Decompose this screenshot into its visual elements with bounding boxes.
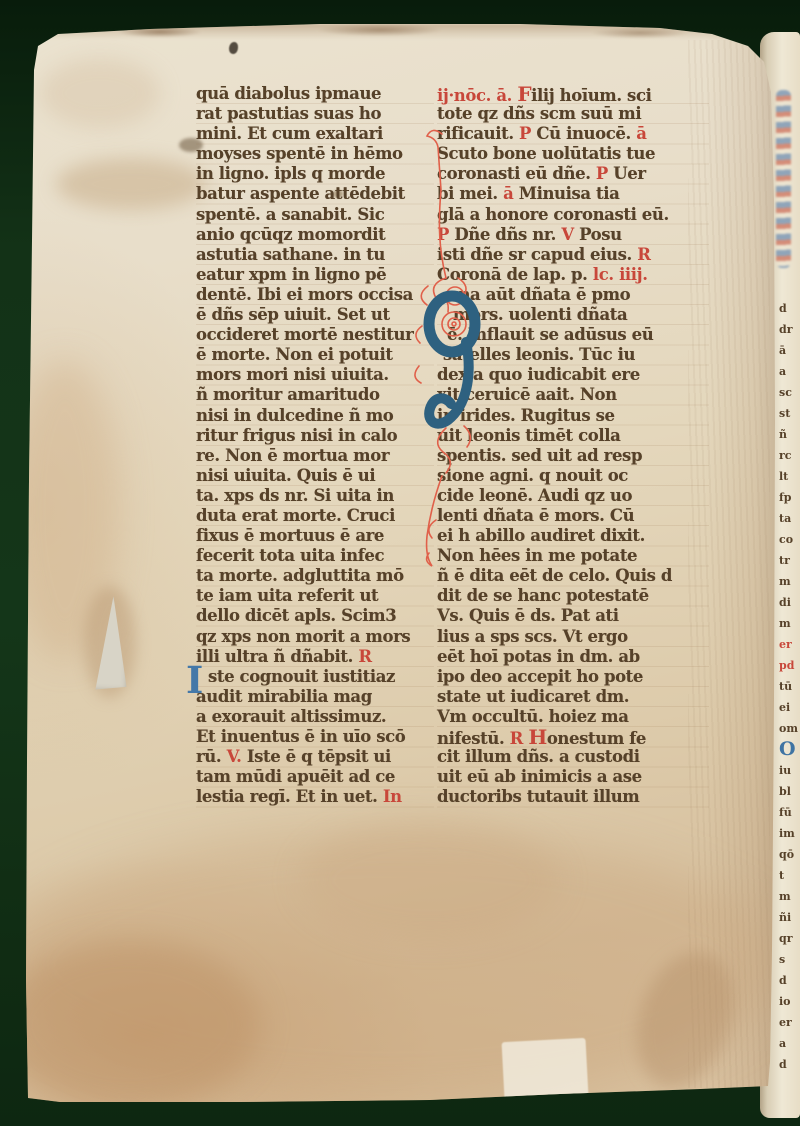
folio-text-fragment: er (779, 634, 799, 655)
illumination-fragment (776, 90, 791, 268)
decorated-initial-P: P (406, 128, 476, 568)
folio-text-fragment: qr (779, 928, 799, 949)
folio-text-fragment: er (779, 1012, 799, 1033)
manuscript-line: a exorauit altissimuz. (196, 707, 434, 727)
manuscript-line: Coronā de lap. p. lc. iiij. (437, 265, 709, 285)
manuscript-line: in ligno. ipls q morde (196, 164, 434, 184)
folio-text-fragment: lt (779, 466, 799, 487)
manuscript-line: xit ceruicē aait. Non (437, 385, 709, 405)
manuscript-line: P Dñe dñs nr. V Posu (437, 225, 709, 245)
manuscript-line: mini. Et cum exaltari (196, 124, 434, 144)
manuscript-line: bi mei. ā Minuisa tia (437, 184, 709, 204)
folio-text-fragment: d (779, 298, 799, 319)
manuscript-line: Et inuentus ē in uīo scō (196, 727, 434, 747)
folio-text-fragment: d (779, 970, 799, 991)
manuscript-line: ipo deo accepit ho pote (437, 667, 709, 687)
folio-text-fragment: m (779, 571, 799, 592)
manuscript-line: tam mūdi apuēit ad ce (196, 767, 434, 787)
folio-text-fragment: ñi (779, 907, 799, 928)
manuscript-line: rū. V. Iste ē q tēpsit ui (196, 747, 434, 767)
folio-text-fragment: iu (779, 760, 799, 781)
manuscript-line: anio qcūqz momordit (196, 225, 434, 245)
folio-text-fragment: ei (779, 697, 799, 718)
top-edge-soiling (40, 24, 752, 42)
manuscript-line: moyses spentē in hēmo (196, 144, 434, 164)
manuscript-line: tote qz dñs scm suū mi (437, 104, 709, 124)
manuscript-line: dentē. Ibi ei mors occisa (196, 285, 434, 305)
folio-text-fragment: io (779, 991, 799, 1012)
manuscript-line: ta morte. adgluttita mō (196, 566, 434, 586)
manuscript-line: duta erat morte. Cruci (196, 506, 434, 526)
manuscript-line: ei h abillo audiret dixit. (437, 526, 709, 546)
folio-text-fragment: om (779, 718, 799, 739)
stain (56, 158, 206, 210)
manuscript-line: spentis. sed uit ad resp (437, 446, 709, 466)
folio-text-fragment: pd (779, 655, 799, 676)
tape-patch (502, 1038, 589, 1100)
manuscript-line: fecerit tota uita infec (196, 546, 434, 566)
folio-text-fragment: tr (779, 550, 799, 571)
manuscript-line: dex a quo iudicabit ere (437, 365, 709, 385)
folio-text-fragment: dr (779, 319, 799, 340)
photograph-of-manuscript: ddrāascstñrcltfptacotrmdimerpdtūeiomOiub… (0, 0, 800, 1126)
folio-text-fragment: co (779, 529, 799, 550)
manuscript-line: qz xps non morit a mors (196, 627, 434, 647)
stain (40, 58, 160, 128)
folio-text-fragment: ñ (779, 424, 799, 445)
folio-text-fragment: fū (779, 802, 799, 823)
manuscript-line: ritur frigus nisi in calo (196, 426, 434, 446)
text-column-right: ij·nōc. ā. Filij hoīum. scitote qz dñs s… (437, 84, 709, 810)
manuscript-line: fixus ē mortuus ē are (196, 526, 434, 546)
manuscript-line: ē dñs sēp uiuit. Set ut (196, 305, 434, 325)
folio-text-fragment: bl (779, 781, 799, 802)
folio-text-fragment: sc (779, 382, 799, 403)
manuscript-line: dello dicēt apls. Scim3 (196, 606, 434, 626)
manuscript-line: illi ultra ñ dñabit. R (196, 647, 434, 667)
manuscript-line: mors mori nisi uiuita. (196, 365, 434, 385)
manuscript-line: nisi in dulcedine ñ mo (196, 406, 434, 426)
manuscript-line: nisi uiuita. Quis ē ui (196, 466, 434, 486)
manuscript-line: ste cognouit iustitiaz (196, 667, 434, 687)
folio-text-fragment: a (779, 361, 799, 382)
manuscript-line: spentē. a sanabit. Sic (196, 205, 434, 225)
manuscript-line: glā a honore coronasti eū. (437, 205, 709, 225)
manuscript-line: isti dñe sr capud eius. R (437, 245, 709, 265)
manuscript-line: lius a sps scs. Vt ergo (437, 627, 709, 647)
text-column-left: quā diabolus ipmauerat pastutias suas ho… (196, 84, 434, 810)
manuscript-line: state ut iudicaret dm. (437, 687, 709, 707)
manuscript-line: occideret mortē nestitur (196, 325, 434, 345)
manuscript-line: cit illum dñs. a custodi (437, 747, 709, 767)
manuscript-line: astutia sathane. in tu (196, 245, 434, 265)
manuscript-line: uit eū ab inimicis a ase (437, 767, 709, 787)
folio-text-fragment: st (779, 403, 799, 424)
manuscript-line: coronasti eū dñe. P Uer (437, 164, 709, 184)
folio-text-fragment: m (779, 886, 799, 907)
manuscript-line: rat pastutias suas ho (196, 104, 434, 124)
manuscript-line: Vs. Quis ē ds. Pat ati (437, 606, 709, 626)
manuscript-line: eatur xpm in ligno pē (196, 265, 434, 285)
stain (0, 940, 260, 1110)
next-folio-text-fragments: ddrāascstñrcltfptacotrmdimerpdtūeiomOiub… (779, 298, 799, 1075)
folio-text-fragment: qō (779, 844, 799, 865)
folio-text-fragment: O (779, 739, 799, 760)
manuscript-line: uit leonis timēt colla (437, 426, 709, 446)
folio-text-fragment: d (779, 1054, 799, 1075)
manuscript-line: cide leonē. Audi qz uo (437, 486, 709, 506)
manuscript-line: re. Non ē mortua mor (196, 446, 434, 466)
manuscript-line: in irides. Rugitus se (437, 406, 709, 426)
manuscript-line: ductoribs tutauit illum (437, 787, 709, 807)
manuscript-line: te iam uita referit ut (196, 586, 434, 606)
folio-text-fragment: fp (779, 487, 799, 508)
folio-text-fragment: ta (779, 508, 799, 529)
manuscript-page: quā diabolus ipmauerat pastutias suas ho… (0, 0, 800, 1126)
manuscript-line: ē morte. Non ei potuit (196, 345, 434, 365)
manuscript-line: ij·nōc. ā. Filij hoīum. sci (437, 84, 709, 104)
manuscript-line: eēt hoī potas in dm. ab (437, 647, 709, 667)
manuscript-line: Scuto bone uolūtatis tue (437, 144, 709, 164)
manuscript-line: sione agni. q nouit oc (437, 466, 709, 486)
manuscript-line: batur aspente attēdebit (196, 184, 434, 204)
manuscript-line: Vm occultū. hoiez ma (437, 707, 709, 727)
manuscript-line: dit de se hanc potestatē (437, 586, 709, 606)
stain (300, 820, 560, 940)
manuscript-line: Non hēes in me potate (437, 546, 709, 566)
manuscript-line: satelles leonis. Tūc iu (437, 345, 709, 365)
manuscript-line: ta. xps ds nr. Si uita in (196, 486, 434, 506)
folio-text-fragment: m (779, 613, 799, 634)
folio-text-fragment: s (779, 949, 799, 970)
manuscript-line: audit mirabilia mag (196, 687, 434, 707)
folio-text-fragment: a (779, 1033, 799, 1054)
manuscript-line: lenti dñata ē mors. Cū (437, 506, 709, 526)
manuscript-line: rificauit. P Cū inuocē. ā (437, 124, 709, 144)
folio-text-fragment: tū (779, 676, 799, 697)
manuscript-line: ma aūt dñata ē pmo (437, 285, 709, 305)
folio-text-fragment: rc (779, 445, 799, 466)
manuscript-line: ñ moritur amaritudo (196, 385, 434, 405)
manuscript-line: nifestū. R Honestum fe (437, 727, 709, 747)
initial-I: I (186, 660, 203, 700)
manuscript-line: lestia regī. Et in uet. In (196, 787, 434, 807)
folio-text-fragment: im (779, 823, 799, 844)
folio-text-fragment: di (779, 592, 799, 613)
manuscript-line: quā diabolus ipmaue (196, 84, 434, 104)
folio-text-fragment: t (779, 865, 799, 886)
folio-text-fragment: ā (779, 340, 799, 361)
manuscript-line: ñ ē dita eēt de celo. Quis d (437, 566, 709, 586)
